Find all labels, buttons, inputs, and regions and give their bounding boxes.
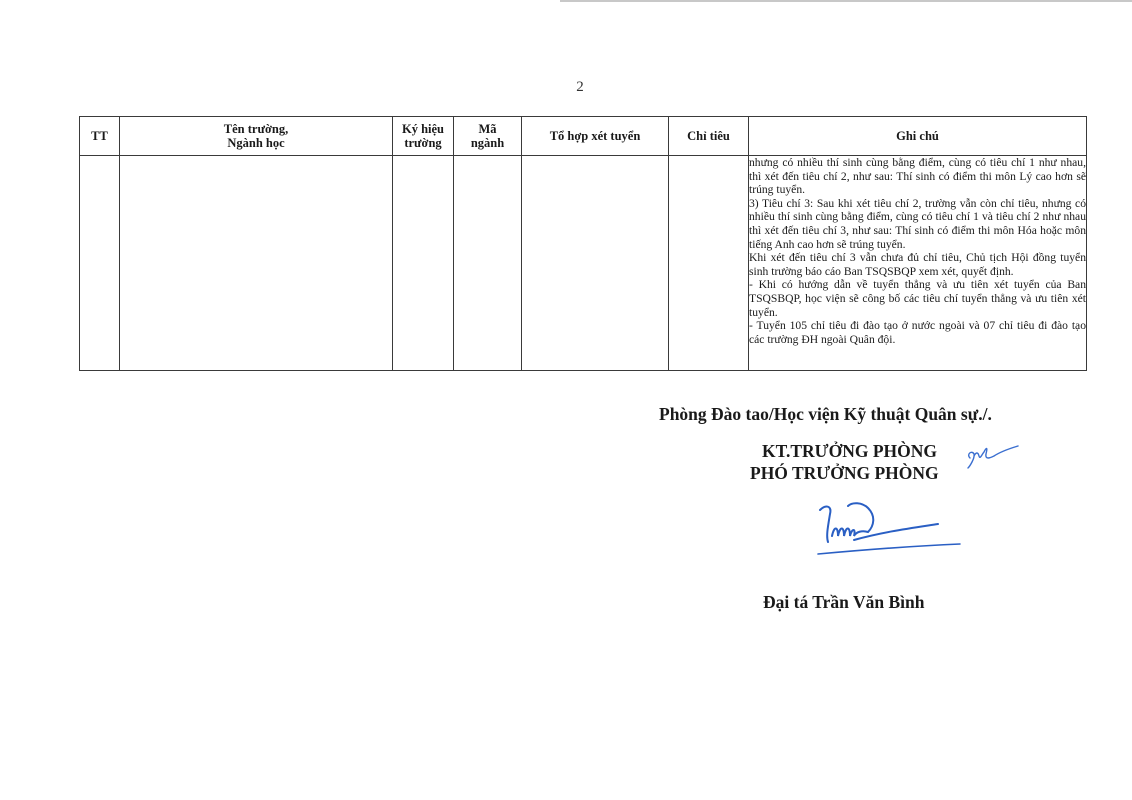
- cell-major-code: [454, 156, 522, 371]
- header-code-line2: trường: [393, 136, 453, 150]
- note-paragraph: - Tuyển 105 chỉ tiêu đi đào tạo ở nước n…: [749, 319, 1086, 346]
- signature-icon: [812, 496, 962, 560]
- header-major-line1: Mã: [454, 122, 521, 136]
- department-line: Phòng Đào tao/Học viện Kỹ thuật Quân sự.…: [659, 404, 992, 425]
- table-row: nhưng có nhiều thí sinh cùng bằng điểm, …: [80, 156, 1087, 371]
- header-tt: TT: [80, 117, 120, 156]
- table-header-row: TT Tên trường, Ngành học Ký hiệu trường …: [80, 117, 1087, 156]
- cell-school-code: [393, 156, 454, 371]
- header-major-code: Mã ngành: [454, 117, 522, 156]
- initial-signature-icon: [962, 440, 1022, 472]
- signer-name: Đại tá Trần Văn Bình: [763, 592, 924, 613]
- header-quota: Chỉ tiêu: [669, 117, 749, 156]
- header-major-line2: ngành: [454, 136, 521, 150]
- scan-edge-line: [560, 0, 1132, 2]
- cell-notes: nhưng có nhiều thí sinh cùng bằng điểm, …: [749, 156, 1087, 371]
- header-subject-combo: Tổ hợp xét tuyển: [522, 117, 669, 156]
- header-notes: Ghi chú: [749, 117, 1087, 156]
- admission-table: TT Tên trường, Ngành học Ký hiệu trường …: [79, 116, 1087, 371]
- header-school-line1: Tên trường,: [120, 122, 392, 136]
- header-school-major: Tên trường, Ngành học: [120, 117, 393, 156]
- note-paragraph: - Khi có hướng dẫn về tuyển thẳng và ưu …: [749, 278, 1086, 319]
- cell-tt: [80, 156, 120, 371]
- cell-quota: [669, 156, 749, 371]
- header-school-code: Ký hiệu trường: [393, 117, 454, 156]
- note-paragraph: Khi xét đến tiêu chí 3 vẫn chưa đủ chỉ t…: [749, 251, 1086, 278]
- cell-subject-combo: [522, 156, 669, 371]
- note-paragraph: 3) Tiêu chí 3: Sau khi xét tiêu chí 2, t…: [749, 197, 1086, 251]
- page-number: 2: [570, 79, 590, 96]
- signer-title-line1: KT.TRƯỞNG PHÒNG: [762, 441, 937, 462]
- header-code-line1: Ký hiệu: [393, 122, 453, 136]
- cell-school-major: [120, 156, 393, 371]
- note-paragraph: nhưng có nhiều thí sinh cùng bằng điểm, …: [749, 156, 1086, 197]
- signer-title-line2: PHÓ TRƯỞNG PHÒNG: [750, 463, 939, 484]
- header-school-line2: Ngành học: [120, 136, 392, 150]
